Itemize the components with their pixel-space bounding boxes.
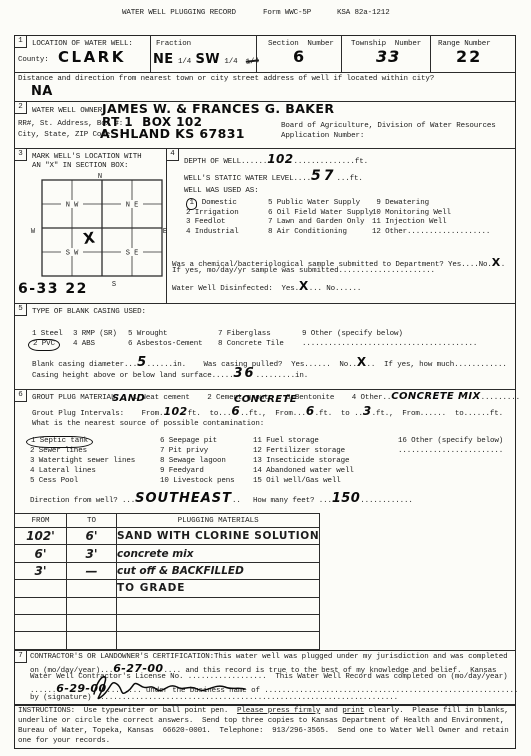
contamination-option: 4 Lateral lines — [30, 467, 135, 477]
contamination-column2: 6 Seepage pit 7 Pit privy 8 Sewage lagoo… — [160, 437, 234, 487]
divider — [14, 650, 515, 651]
contamination-question: What is the nearest source of possible c… — [32, 420, 264, 430]
used-as-option: 12 Other................... — [372, 228, 490, 238]
grout-other-value-handwritten: CONCRETE MIX — [391, 391, 480, 402]
casing-option: 8 Concrete Tile — [218, 340, 284, 350]
used-as-column3: 9 Dewatering 10 Monitoring Well 11 Injec… — [372, 199, 490, 237]
casing-option: 3 RMP (SR) — [73, 330, 117, 340]
compass-east-label: E — [163, 228, 167, 236]
static-water-level-line: WELL'S STATIC WATER LEVEL....57...ft. — [184, 169, 363, 185]
section1-number: 1 — [15, 36, 27, 48]
feet-value-handwritten: 150 — [332, 491, 360, 506]
interval-from1-handwritten: 102 — [163, 405, 187, 418]
application-number-label: Application Number: — [281, 132, 364, 142]
table-row: TO GRADE — [15, 580, 320, 597]
distance-question: Distance and direction from nearest town… — [18, 75, 434, 85]
disinfected-yes-x-mark-handwritten: X — [299, 279, 309, 293]
board-of-agriculture-label: Board of Agriculture, Division of Water … — [281, 122, 496, 132]
section-box-diagram: N W E S N W N E S W S E X — [16, 172, 168, 290]
water-well-plugging-record-form: WATER WELL PLUGGING RECORD Form WWC-5P K… — [0, 0, 531, 756]
contamination-option: 2 Sewer lines — [30, 447, 135, 457]
divider — [430, 35, 431, 72]
section6-number: 6 — [15, 390, 27, 402]
section-township-range-code-handwritten: 6-33 22 — [18, 282, 88, 296]
sample-no-x-mark-handwritten: X — [492, 256, 501, 269]
form-statute: KSA 82a-1212 — [337, 9, 390, 19]
table-header-row: FROM TO PLUGGING MATERIALS — [15, 514, 320, 528]
direction-value-handwritten: SOUTHEAST — [135, 491, 232, 506]
quadrant-se-label: S E — [126, 250, 139, 258]
instructions-line3: Bureau of Water, Topeka, Kansas 66620-00… — [18, 727, 509, 737]
interval-to1-handwritten: 6 — [231, 404, 240, 418]
section-number-value-handwritten: 6 — [293, 49, 305, 65]
fraction-ne-handwritten: NE — [153, 52, 174, 67]
plugging-materials-table: FROM TO PLUGGING MATERIALS 102'6'SAND WI… — [14, 513, 320, 650]
section3-number: 3 — [15, 149, 27, 161]
sample-date-line: If yes, mo/day/yr sample was submitted..… — [172, 267, 435, 277]
contamination-option: 3 Watertight sewer lines — [30, 457, 135, 467]
divider — [14, 148, 515, 149]
table-row: 6'3'concrete mix — [15, 545, 320, 562]
form-number: Form WWC-5P — [263, 9, 311, 19]
contamination-option: 16 Other (specify below) — [398, 437, 503, 447]
column-header-materials: PLUGGING MATERIALS — [117, 514, 320, 528]
quadrant-ne-label: N E — [126, 202, 139, 210]
used-as-option: 2 Irrigation — [186, 209, 239, 219]
circled-option-1: 1 — [186, 198, 197, 210]
column-header-from: FROM — [15, 514, 67, 528]
table-row-empty — [15, 632, 320, 649]
casing-height-value-handwritten: 36 — [234, 366, 256, 381]
fraction-sw-handwritten: SW — [195, 52, 220, 67]
contamination-option: 15 Oil well/Gas well — [253, 477, 354, 487]
instructions-line2: underline or circle the correct answers.… — [18, 717, 504, 727]
county-value-handwritten: CLARK — [58, 50, 126, 65]
used-as-column1: 1 Domestic 2 Irrigation 3 Feedlot 4 Indu… — [186, 199, 239, 237]
casing-option: 4 ABS — [73, 340, 95, 350]
table-row-empty — [15, 597, 320, 614]
interval-from2-handwritten: 6 — [306, 404, 315, 418]
divider — [14, 72, 515, 73]
contamination-other-dots: ........................ — [398, 447, 503, 457]
interval-to2-handwritten: 3 — [363, 404, 372, 418]
divider — [150, 35, 151, 72]
column-header-to: TO — [67, 514, 117, 528]
quadrant-nw-label: N W — [66, 202, 79, 210]
form-title: WATER WELL PLUGGING RECORD — [122, 9, 236, 19]
county-label: County: — [18, 56, 49, 66]
casing-other-dots: ........................................ — [302, 340, 477, 350]
contamination-option: 11 Fuel storage — [253, 437, 354, 447]
press-firmly-underlined: Please press firmly — [237, 707, 320, 715]
compass-west-label: W — [31, 228, 36, 236]
contamination-column4: 16 Other (specify below) ...............… — [398, 437, 503, 457]
contamination-option: 14 Abandoned water well — [253, 467, 354, 477]
print-underlined: print — [342, 707, 364, 715]
used-as-option: 8 Air Conditioning — [268, 228, 373, 238]
contamination-option: 9 Feedyard — [160, 467, 234, 477]
owner-value-handwritten: JAMES W. & FRANCES G. BAKER — [102, 103, 334, 116]
section5-title: TYPE OF BLANK CASING USED: — [32, 308, 146, 318]
contamination-option-septic-circled: 1 Septic tank — [30, 437, 135, 447]
casing-option: 6 Asbestos-Cement — [128, 340, 202, 350]
section2-number: 2 — [15, 102, 27, 114]
contamination-option: 10 Livestock pens — [160, 477, 234, 487]
section5-number: 5 — [15, 304, 27, 316]
instructions-line1: INSTRUCTIONS: Use typewriter or ball poi… — [18, 707, 509, 717]
well-used-as-title: WELL WAS USED AS: — [184, 187, 258, 197]
fraction-struck-out: 1/4 — [246, 57, 260, 68]
used-as-option: 10 Monitoring Well — [372, 209, 490, 219]
contamination-option: 12 Fertilizer storage — [253, 447, 354, 457]
direction-from-well-line: Direction from well? ...SOUTHEAST.. — [30, 492, 241, 507]
used-as-option: 9 Dewatering — [372, 199, 490, 209]
divider — [14, 389, 515, 390]
used-as-option: 5 Public Water Supply — [268, 199, 373, 209]
fraction-label: Fraction — [156, 40, 191, 50]
used-as-option: 4 Industrial — [186, 228, 239, 238]
divider — [14, 303, 515, 304]
used-as-option: 7 Lawn and Garden Only — [268, 218, 373, 228]
casing-option: 9 Other (specify below) — [302, 330, 403, 340]
casing-option: 7 Fiberglass — [218, 330, 271, 340]
township-number-value-handwritten: 33 — [376, 49, 400, 65]
disinfected-line: Water Well Disinfected: Yes.X... No.....… — [172, 280, 361, 295]
quadrant-sw-label: S W — [66, 250, 79, 258]
owner-label: WATER WELL OWNER: — [32, 107, 106, 117]
contamination-option: 7 Pit privy — [160, 447, 234, 457]
table-row: 102'6'SAND WITH CLORINE SOLUTION — [15, 528, 320, 545]
table-row-empty — [15, 614, 320, 631]
city-state-zip-value-handwritten: ASHLAND KS 67831 — [100, 128, 245, 141]
well-location-x-mark-handwritten: X — [82, 228, 96, 247]
instructions-line4: one for your records. — [18, 737, 110, 747]
range-number-value-handwritten: 22 — [456, 49, 482, 65]
section7-number: 7 — [15, 651, 27, 663]
used-as-option: 3 Feedlot — [186, 218, 239, 228]
used-as-option: 6 Oil Field Water Supply — [268, 209, 373, 219]
used-as-column2: 5 Public Water Supply 6 Oil Field Water … — [268, 199, 373, 237]
contamination-option: 5 Cess Pool — [30, 477, 135, 487]
compass-north-label: N — [98, 173, 102, 181]
contamination-option: 13 Insecticide storage — [253, 457, 354, 467]
used-as-option: 11 Injection Well — [372, 218, 490, 228]
contamination-option: 8 Sewage lagoon — [160, 457, 234, 467]
grout-intervals-line: Grout Plug Intervals: From.102ft. to...6… — [32, 405, 503, 420]
static-level-value-handwritten: 57 — [311, 168, 336, 184]
signature-scrawl-handwritten — [88, 670, 248, 704]
divider — [341, 35, 342, 72]
casing-option-pvc-circled: 2 PVC — [32, 340, 56, 350]
compass-south-label: S — [112, 281, 116, 289]
certification-line1: CONTRACTOR'S OR LANDOWNER'S CERTIFICATIO… — [30, 653, 508, 663]
section4-number: 4 — [167, 149, 179, 161]
section3-title-line2: AN "X" IN SECTION BOX: — [32, 162, 128, 172]
casing-height-line: Casing height above or below land surfac… — [32, 367, 308, 382]
casing-option: 5 Wrought — [128, 330, 167, 340]
fraction-value: NE 1/4 SW 1/4 1/4 — [153, 53, 259, 68]
casing-pulled-no-x-handwritten: X — [357, 355, 367, 369]
interval2-material-concrete-handwritten: CONCRETE — [234, 395, 297, 405]
table-row: 3'—cut off & BACKFILLED — [15, 562, 320, 579]
how-many-feet-line: How many feet? ...150............ — [253, 492, 413, 507]
contamination-column3: 11 Fuel storage 12 Fertilizer storage 13… — [253, 437, 354, 487]
interval1-material-sand-handwritten: SAND — [112, 394, 145, 404]
used-as-option-domestic: 1 Domestic — [186, 199, 239, 209]
depth-value-handwritten: 102 — [267, 152, 293, 166]
contamination-column1: 1 Septic tank 2 Sewer lines 3 Watertight… — [30, 437, 135, 487]
distance-value-handwritten: NA — [31, 85, 53, 98]
depth-of-well-line: DEPTH OF WELL......102..............ft. — [184, 153, 368, 168]
contamination-option: 6 Seepage pit — [160, 437, 234, 447]
